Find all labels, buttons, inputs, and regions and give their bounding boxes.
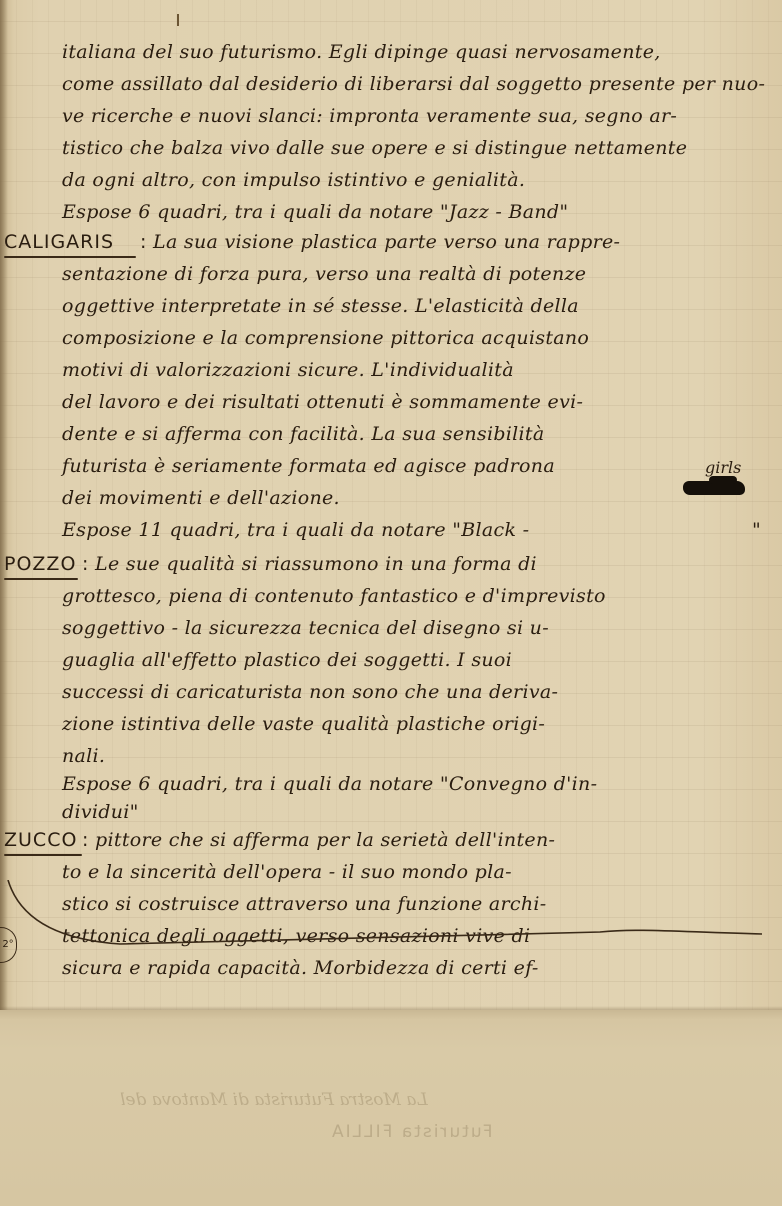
ink-blot bbox=[683, 481, 745, 495]
artist-name-pozzo: POZZO bbox=[4, 550, 76, 578]
text-line: composizione e la comprensione pittorica… bbox=[62, 324, 589, 352]
lower-sheet: La Mostra Futurista di Mantova del Futur… bbox=[0, 1010, 782, 1206]
text-line: : pittore che si afferma per la serietà … bbox=[82, 826, 555, 854]
artist-name-caligaris: CALIGARIS bbox=[4, 228, 114, 256]
text-line: motivi di valorizzazioni sicure. L'indiv… bbox=[62, 356, 514, 384]
name-underline bbox=[4, 578, 78, 580]
text-line: grottesco, piena di contenuto fantastico… bbox=[62, 582, 606, 610]
text-line: come assillato dal desiderio di liberars… bbox=[62, 70, 765, 98]
manuscript-page: italiana del suo futurismo. Egli dipinge… bbox=[0, 0, 782, 1206]
text-line: italiana del suo futurismo. Egli dipinge… bbox=[62, 38, 661, 66]
exhibit-note: Espose 6 quadri, tra i quali da notare "… bbox=[62, 198, 568, 226]
closing-curve-line bbox=[0, 880, 782, 960]
text-line: guaglia all'effetto plastico dei soggett… bbox=[62, 646, 512, 674]
name-underline bbox=[4, 256, 136, 258]
text-line: dente e si afferma con facilità. La sua … bbox=[62, 420, 545, 448]
text-line: tistico che balza vivo dalle sue opere e… bbox=[62, 134, 687, 162]
text-line: : Le sue qualità si riassumono in una fo… bbox=[82, 550, 537, 578]
text-line: successi di caricaturista non sono che u… bbox=[62, 678, 558, 706]
name-underline bbox=[4, 854, 82, 856]
text-line: futurista è seriamente formata ed agisce… bbox=[62, 452, 555, 480]
show-through-text: Futurista FILLIA bbox=[330, 1122, 493, 1142]
text-line: nali. bbox=[62, 742, 105, 770]
exhibit-note: dividui" bbox=[62, 798, 139, 826]
text-line: del lavoro e dei risultati ottenuti è so… bbox=[62, 388, 583, 416]
artist-name-zucco: ZUCCO bbox=[4, 826, 77, 854]
text-line: oggettive interpretate in sé stesse. L'e… bbox=[62, 292, 579, 320]
text-line: da ogni altro, con impulso istintivo e g… bbox=[62, 166, 525, 194]
text-line: zione istintiva delle vaste qualità plas… bbox=[62, 710, 545, 738]
closing-quote: " bbox=[752, 516, 761, 544]
text-line: sentazione di forza pura, verso una real… bbox=[62, 260, 586, 288]
exhibit-note: Espose 11 quadri, tra i quali da notare … bbox=[62, 516, 529, 544]
text-line: : La sua visione plastica parte verso un… bbox=[140, 228, 620, 256]
text-line: soggettivo - la sicurezza tecnica del di… bbox=[62, 614, 549, 642]
text-line: dei movimenti e dell'azione. bbox=[62, 484, 340, 512]
show-through-text: La Mostra Futurista di Mantova del bbox=[120, 1090, 428, 1110]
text-line: ve ricerche e nuovi slanci: impronta ver… bbox=[62, 102, 677, 130]
insertion-annotation: girls bbox=[705, 458, 741, 477]
top-ink-mark bbox=[177, 14, 179, 26]
exhibit-note: Espose 6 quadri, tra i quali da notare "… bbox=[62, 770, 597, 798]
